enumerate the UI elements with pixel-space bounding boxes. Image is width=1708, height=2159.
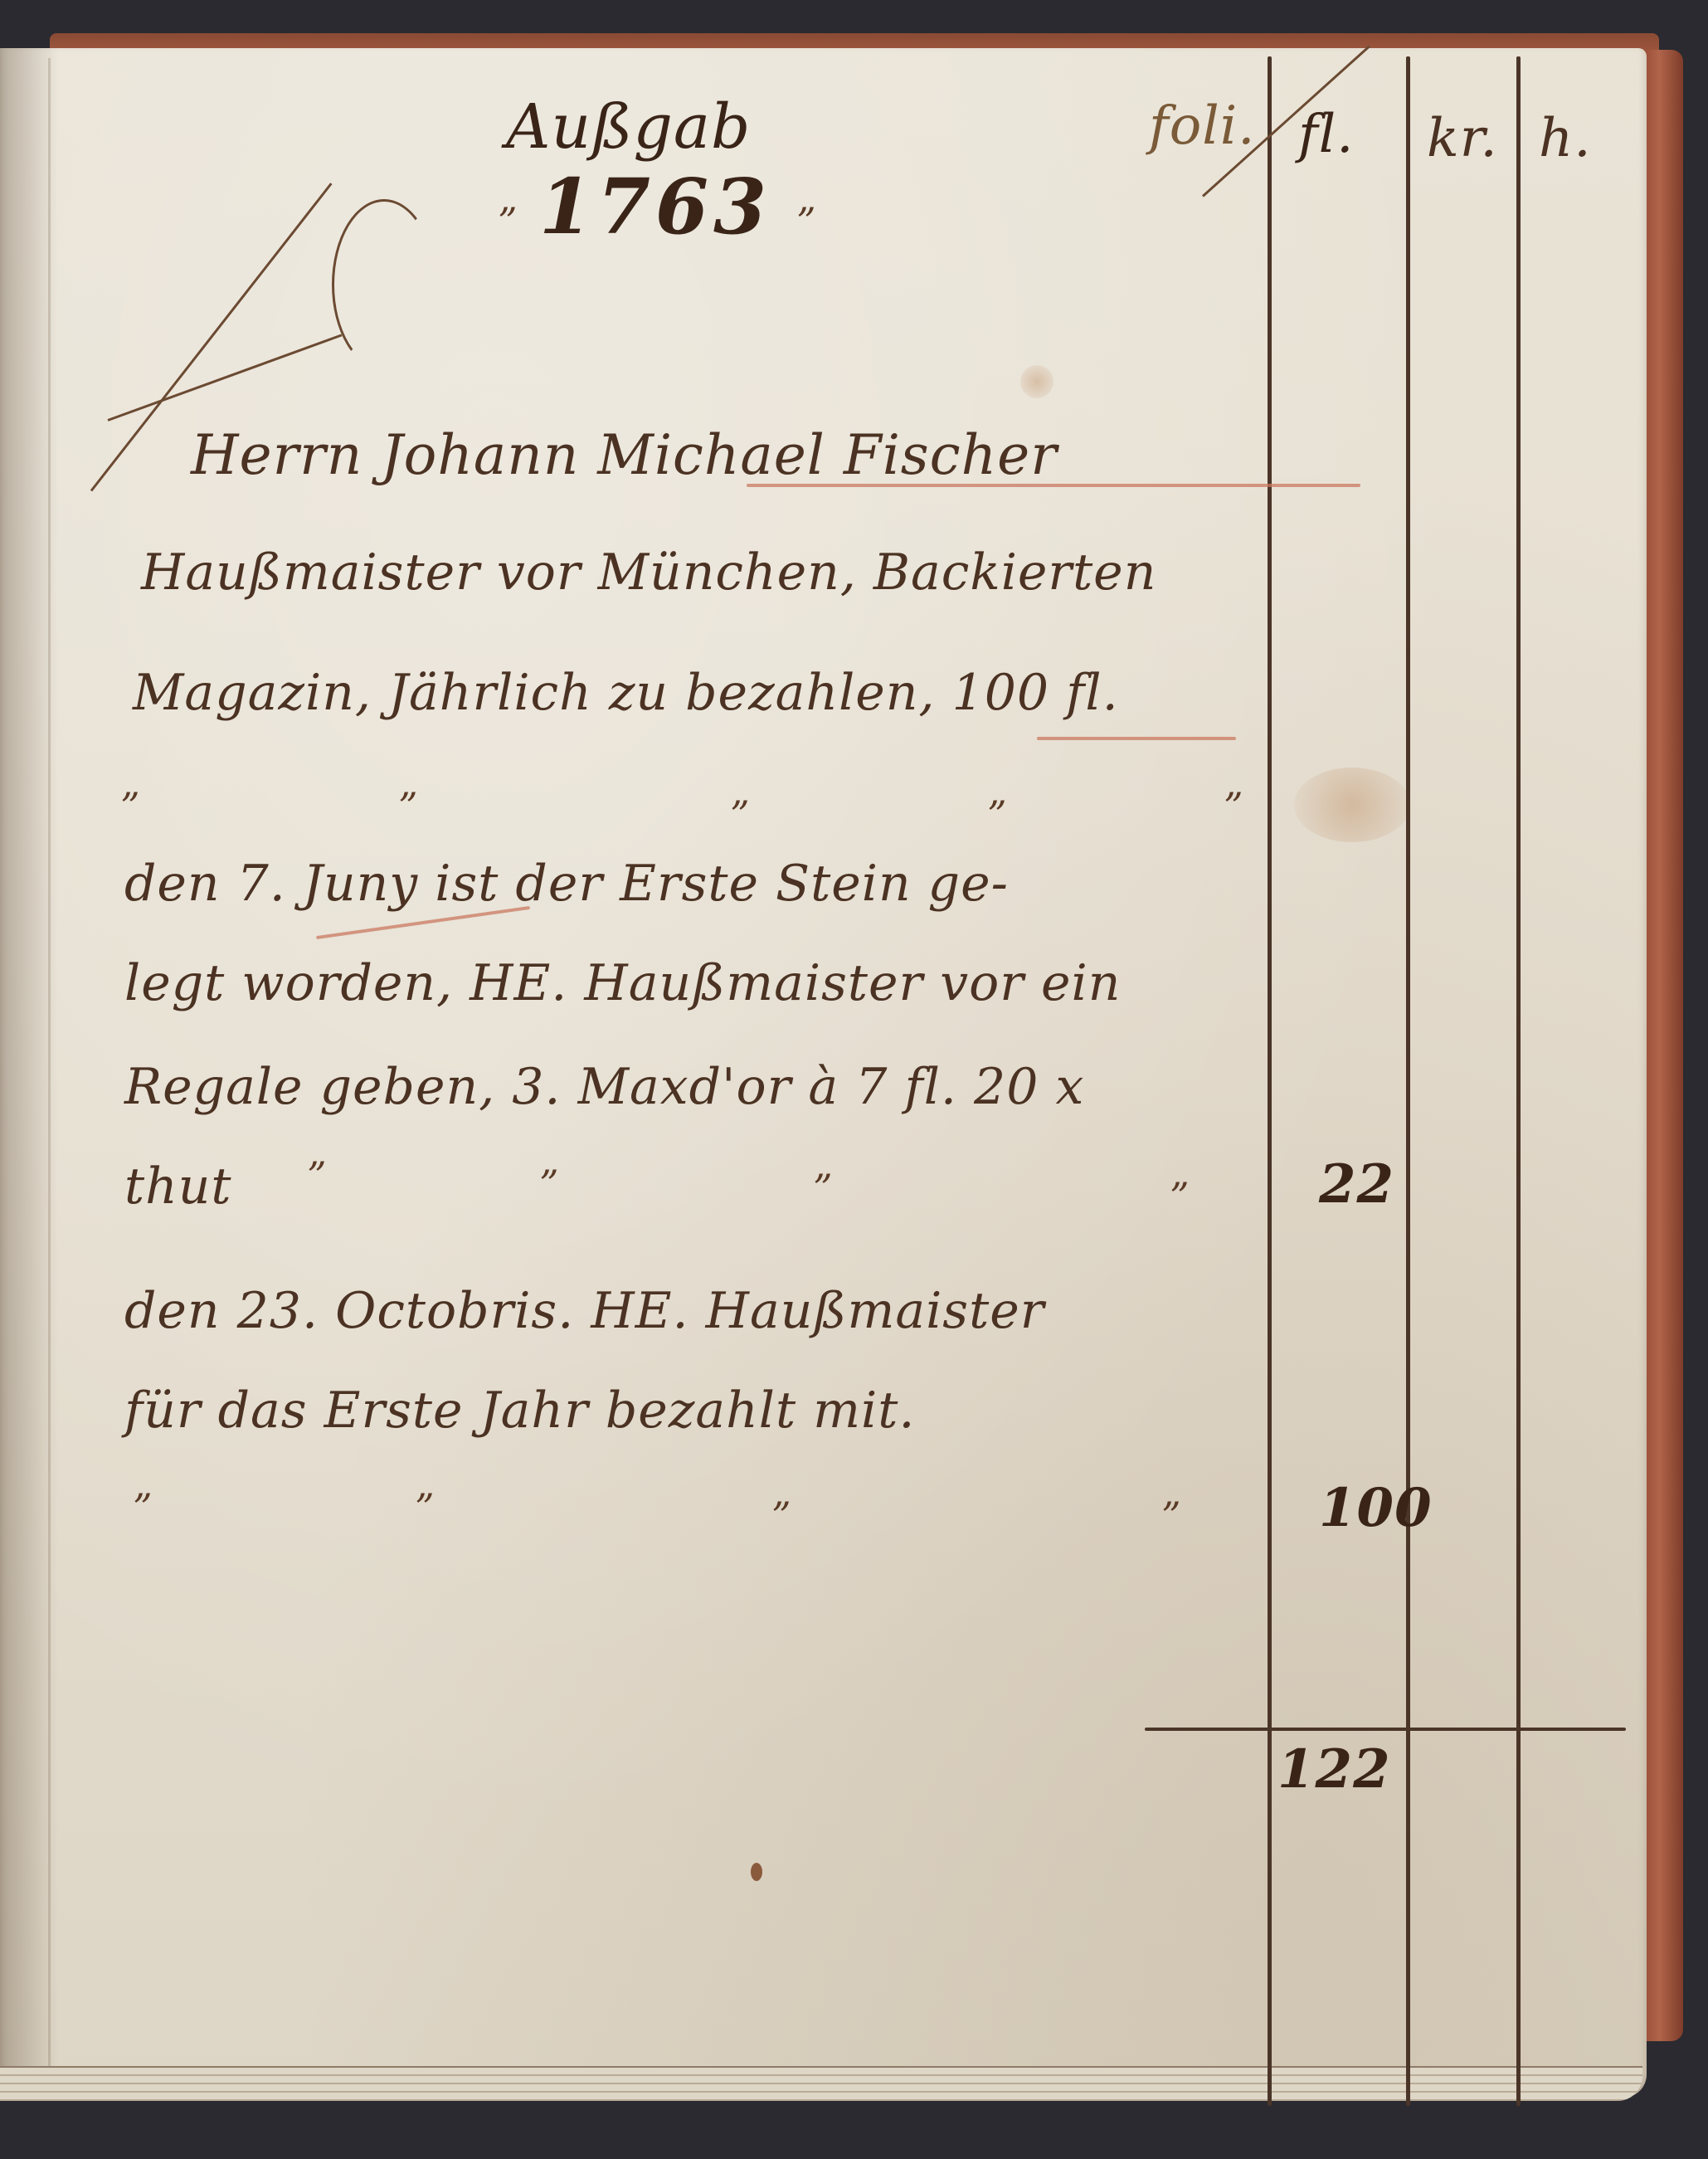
column-header-folio: foli. bbox=[1149, 95, 1256, 157]
ditto-mark: ” bbox=[120, 784, 140, 829]
ditto-mark: ” bbox=[133, 1485, 153, 1530]
ditto-mark: ” bbox=[539, 1162, 559, 1206]
entry-1-line-2: Haußmaister vor München, Backierten bbox=[141, 543, 1156, 602]
entry-2-line-3: Regale geben, 3. Maxd'or à 7 fl. 20 x bbox=[124, 1058, 1084, 1116]
ditto-mark: ” bbox=[398, 784, 418, 829]
ditto-mark: ” bbox=[1161, 1494, 1181, 1538]
initial-flourish-loop bbox=[332, 199, 436, 370]
entry-2-line-1: den 7. Juny ist der Erste Stein ge- bbox=[124, 855, 1009, 913]
ditto-mark: ” bbox=[813, 1166, 833, 1211]
column-header-florin: fl. bbox=[1298, 104, 1355, 165]
entry-3-line-1: den 23. Octobris. HE. Haußmaister bbox=[124, 1282, 1044, 1340]
page-stack-bottom-edge bbox=[0, 2066, 1642, 2101]
ditto-mark: ” bbox=[415, 1485, 435, 1530]
ditto-mark: ” bbox=[987, 792, 1007, 837]
rule-kreuzer-heller bbox=[1516, 56, 1521, 2106]
entry-3-line-2: für das Erste Jahr bezahlt mit. bbox=[124, 1382, 915, 1440]
ditto-mark: ” bbox=[1170, 1174, 1190, 1219]
binding-fold-line bbox=[48, 58, 51, 2091]
total-rule bbox=[1145, 1728, 1626, 1731]
ditto-mark: ” bbox=[498, 199, 518, 244]
ditto-mark: ” bbox=[771, 1494, 791, 1538]
book-cover-right-edge bbox=[1643, 50, 1683, 2041]
rule-folio-florin bbox=[1268, 56, 1272, 2106]
entry-2-line-2: legt worden, HE. Haußmaister vor ein bbox=[124, 954, 1121, 1012]
page-year: 1763 bbox=[539, 162, 771, 251]
ditto-mark: ” bbox=[796, 199, 816, 244]
entry-3-florin-amount: 100 bbox=[1319, 1477, 1433, 1539]
page-heading: Außgab bbox=[506, 91, 751, 163]
entry-1-line-1: Herrn Johann Michael Fischer bbox=[191, 423, 1058, 487]
ditto-mark: ” bbox=[1224, 784, 1243, 829]
entry-2-florin-amount: 22 bbox=[1319, 1153, 1394, 1216]
column-header-kreuzer: kr. bbox=[1427, 108, 1498, 169]
ditto-mark: ” bbox=[730, 792, 750, 837]
red-underline-amount bbox=[1037, 737, 1236, 740]
entry-2-line-4: thut bbox=[124, 1157, 232, 1216]
rule-florin-kreuzer bbox=[1406, 56, 1410, 2106]
ink-spot bbox=[751, 1863, 762, 1881]
ink-stain bbox=[1294, 768, 1410, 842]
paper-spot bbox=[1020, 365, 1054, 398]
entry-1-line-3: Magazin, Jährlich zu bezahlen, 100 fl. bbox=[133, 664, 1119, 722]
red-underline-name bbox=[747, 484, 1360, 487]
column-header-heller: h. bbox=[1539, 108, 1592, 169]
total-florin-amount: 122 bbox=[1277, 1738, 1391, 1801]
ditto-mark: ” bbox=[307, 1153, 327, 1198]
